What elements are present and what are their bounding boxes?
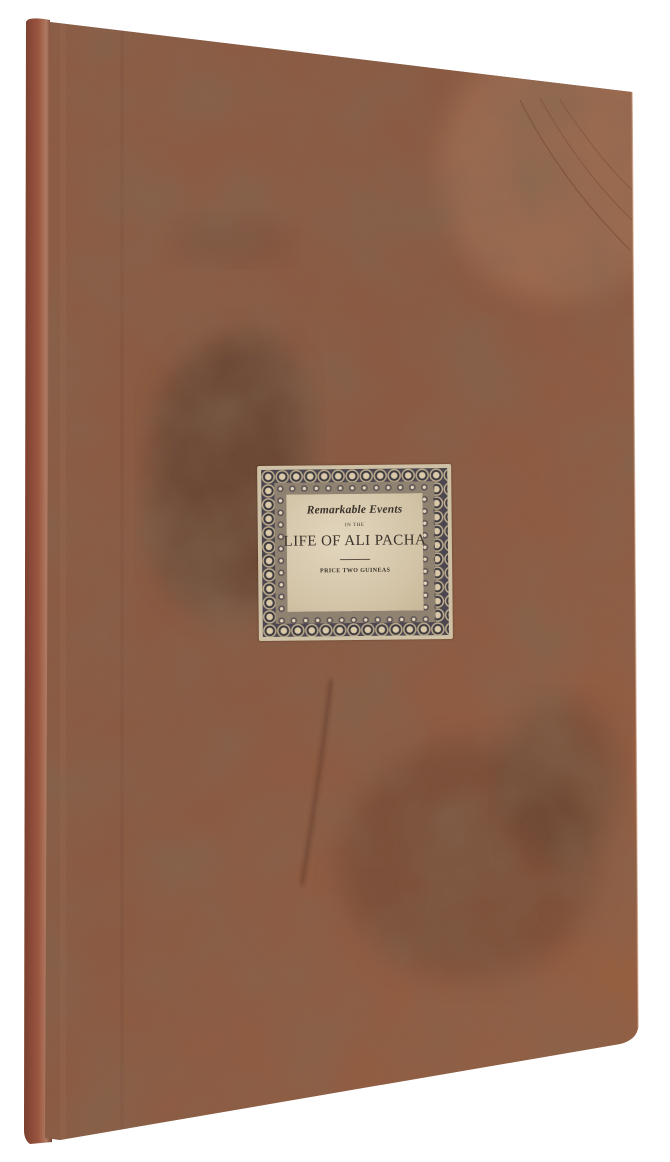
label-price: PRICE TWO GUINEAS	[320, 568, 390, 575]
label-line-in-the: IN THE	[345, 523, 365, 528]
label-line-remarkable-events: Remarkable Events	[307, 504, 403, 517]
cover-label: Remarkable Events IN THE LIFE OF ALI PAC…	[257, 464, 453, 641]
book-photo: Remarkable Events IN THE LIFE OF ALI PAC…	[0, 0, 670, 1162]
label-title: LIFE OF ALI PACHA	[284, 532, 427, 550]
label-rule	[340, 559, 370, 560]
label-text-panel: Remarkable Events IN THE LIFE OF ALI PAC…	[286, 493, 423, 611]
